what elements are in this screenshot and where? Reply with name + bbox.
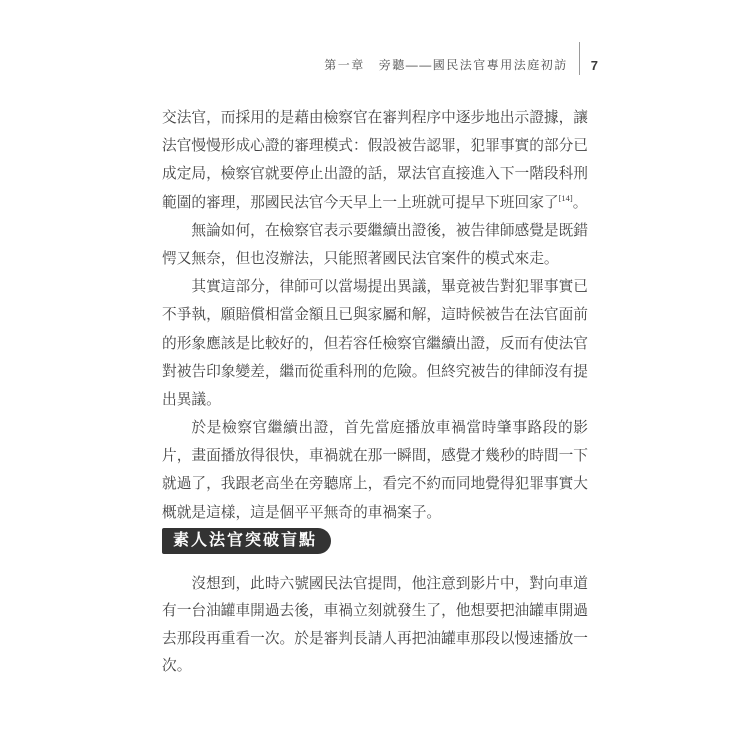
text-line: 的形象應該是比較好的，但若容任檢察官繼續出證，反而有使法官 <box>162 330 588 358</box>
text-line: 沒想到，此時六號國民法官提問，他注意到影片中，對向車道 <box>162 571 588 599</box>
header-divider <box>579 42 580 75</box>
text-line: 去那段再重看一次。於是審判長請人再把油罐車那段以慢速播放一 <box>162 626 588 654</box>
text-line: 成定局，檢察官就要停止出證的話，眾法官直接進入下一階段科刑 <box>162 160 588 188</box>
chapter-label: 第一章 <box>324 56 365 75</box>
text-line: 對被告印象變差，繼而從重科刑的危險。但終究被告的律師沒有提 <box>162 358 588 386</box>
section-heading-badge: 素人法官突破盲點 <box>162 528 331 554</box>
paragraph: 沒想到，此時六號國民法官提問，他注意到影片中，對向車道 有一台油罐車開過去後，車… <box>162 571 588 681</box>
text-segment: 。 <box>573 195 588 211</box>
paragraph: 無論如何，在檢察官表示要繼續出證後，被告律師感覺是既錯 愕又無奈，但也沒辦法，只… <box>162 217 588 273</box>
text-block: 交法官，而採用的是藉由檢察官在審判程序中逐步地出示證據，讓 法官慢慢形成心證的審… <box>162 104 588 681</box>
paragraph: 交法官，而採用的是藉由檢察官在審判程序中逐步地出示證據，讓 法官慢慢形成心證的審… <box>162 104 588 217</box>
text-line: 其實這部分，律師可以當場提出異議，畢竟被告對犯罪事實已 <box>162 273 588 301</box>
text-line: 概就是這樣，這是個平平無奇的車禍案子。 <box>162 499 588 527</box>
text-line: 法官慢慢形成心證的審理模式：假設被告認罪，犯罪事實的部分已 <box>162 132 588 160</box>
text-line: 交法官，而採用的是藉由檢察官在審判程序中逐步地出示證據，讓 <box>162 104 588 132</box>
paragraph: 其實這部分，律師可以當場提出異議，畢竟被告對犯罪事實已 不爭執，願賠償相當金額且… <box>162 273 588 414</box>
text-line: 有一台油罐車開過去後，車禍立刻就發生了，他想要把油罐車開過 <box>162 598 588 626</box>
text-line: 於是檢察官繼續出證，首先當庭播放車禍當時肇事路段的影 <box>162 414 588 442</box>
section-heading-row: 素人法官突破盲點 <box>162 528 588 554</box>
running-head: 第一章 旁聽——國民法官專用法庭初訪 7 <box>324 42 598 75</box>
footnote-marker: [14] <box>559 193 573 203</box>
text-line: 範圍的審理，那國民法官今天早上一上班就可提早下班回家了[14]。 <box>162 189 588 217</box>
chapter-title: 旁聽——國民法官專用法庭初訪 <box>379 56 568 75</box>
paragraph: 於是檢察官繼續出證，首先當庭播放車禍當時肇事路段的影 片，畫面播放得很快，車禍就… <box>162 414 588 527</box>
text-line: 不爭執，願賠償相當金額且已與家屬和解，這時候被告在法官面前 <box>162 301 588 329</box>
text-line: 片，畫面播放得很快，車禍就在那一瞬間，感覺才幾秒的時間一下 <box>162 442 588 470</box>
text-line: 無論如何，在檢察官表示要繼續出證後，被告律師感覺是既錯 <box>162 217 588 245</box>
text-line: 出異議。 <box>162 386 588 414</box>
text-segment: 範圍的審理，那國民法官今天早上一上班就可提早下班回家了 <box>162 195 559 211</box>
text-line: 次。 <box>162 653 588 681</box>
book-page: 第一章 旁聽——國民法官專用法庭初訪 7 交法官，而採用的是藉由檢察官在審判程序… <box>0 0 750 750</box>
text-line: 就過了，我跟老高坐在旁聽席上，看完不約而同地覺得犯罪事實大 <box>162 470 588 498</box>
page-number: 7 <box>591 58 598 75</box>
text-line: 愕又無奈，但也沒辦法，只能照著國民法官案件的模式來走。 <box>162 245 588 273</box>
